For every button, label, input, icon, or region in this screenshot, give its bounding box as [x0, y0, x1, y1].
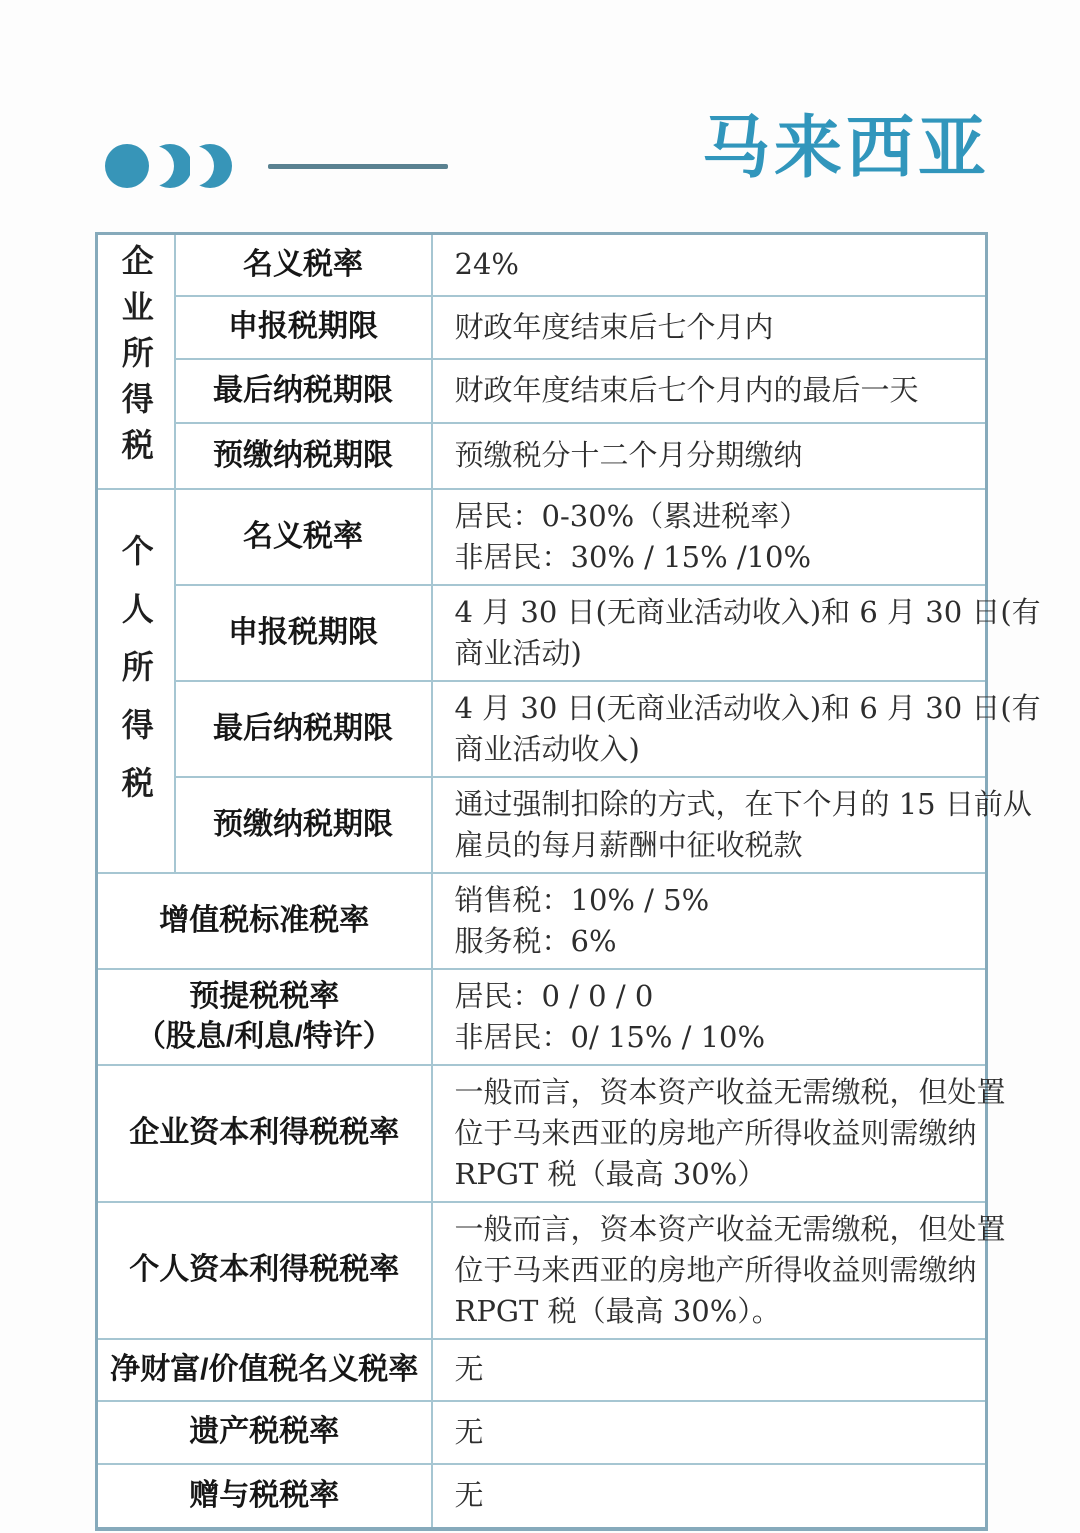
table-row: 个人所得税 名义税率 居民：0-30%（累进税率） 非居民：30% / 15% … — [97, 489, 987, 585]
label-cell: 赠与税税率 — [97, 1464, 432, 1529]
value-cell: 销售税：10% / 5% 服务税：6% — [432, 873, 987, 969]
label-cell: 预提税税率 （股息/利息/特许） — [97, 969, 432, 1065]
table-row: 净财富/价值税名义税率 无 — [97, 1339, 987, 1401]
category-cell: 企业所得税 — [97, 234, 175, 489]
table-row: 预提税税率 （股息/利息/特许） 居民：0 / 0 / 0 非居民：0/ 15%… — [97, 969, 987, 1065]
label-cell: 最后纳税期限 — [175, 359, 432, 423]
value-cell: 财政年度结束后七个月内 — [432, 296, 987, 359]
table-row: 遗产税税率 无 — [97, 1401, 987, 1464]
label-cell: 名义税率 — [175, 489, 432, 585]
label-cell: 遗产税税率 — [97, 1401, 432, 1464]
value-cell: 4 月 30 日(无商业活动收入)和 6 月 30 日(有 商业活动) — [432, 585, 987, 681]
value-cell: 4 月 30 日(无商业活动收入)和 6 月 30 日(有 商业活动收入) — [432, 681, 987, 777]
value-cell: 通过强制扣除的方式，在下个月的 15 日前从 雇员的每月薪酬中征收税款 — [432, 777, 987, 873]
value-cell: 一般而言，资本资产收益无需缴税，但处置 位于马来西亚的房地产所得收益则需缴纳 R… — [432, 1065, 987, 1202]
dot-icon — [104, 142, 150, 190]
table-row: 预缴纳税期限 通过强制扣除的方式，在下个月的 15 日前从 雇员的每月薪酬中征收… — [97, 777, 987, 873]
table-row: 增值税标准税率 销售税：10% / 5% 服务税：6% — [97, 873, 987, 969]
value-cell: 预缴税分十二个月分期缴纳 — [432, 423, 987, 489]
value-cell: 一般而言，资本资产收益无需缴税，但处置 位于马来西亚的房地产所得收益则需缴纳 R… — [432, 1202, 987, 1339]
table-row: 个人资本利得税税率 一般而言，资本资产收益无需缴税，但处置 位于马来西亚的房地产… — [97, 1202, 987, 1339]
table-row: 企业资本利得税税率 一般而言，资本资产收益无需缴税，但处置 位于马来西亚的房地产… — [97, 1065, 987, 1202]
value-cell: 24% — [432, 234, 987, 296]
label-cell: 最后纳税期限 — [175, 681, 432, 777]
crescent-icon — [150, 142, 194, 190]
value-cell: 无 — [432, 1401, 987, 1464]
label-cell: 申报税期限 — [175, 585, 432, 681]
category-label: 企业所得税 — [113, 244, 159, 474]
table-row: 最后纳税期限 4 月 30 日(无商业活动收入)和 6 月 30 日(有 商业活… — [97, 681, 987, 777]
label-cell: 增值税标准税率 — [97, 873, 432, 969]
table-row: 申报税期限 财政年度结束后七个月内 — [97, 296, 987, 359]
value-cell: 财政年度结束后七个月内的最后一天 — [432, 359, 987, 423]
category-label: 个人所得税 — [113, 534, 159, 824]
category-cell: 个人所得税 — [97, 489, 175, 873]
table-row: 赠与税税率 无 — [97, 1464, 987, 1529]
label-cell: 预缴纳税期限 — [175, 777, 432, 873]
page: 马来西亚 企业所得税 名义税率 24% 申报税期限 财政年度结束后七个月内 最后… — [0, 0, 1080, 1533]
header-line — [268, 164, 448, 169]
value-cell: 无 — [432, 1464, 987, 1529]
label-cell: 企业资本利得税税率 — [97, 1065, 432, 1202]
table-row: 企业所得税 名义税率 24% — [97, 234, 987, 296]
crescent-icon — [190, 142, 234, 190]
table-row: 最后纳税期限 财政年度结束后七个月内的最后一天 — [97, 359, 987, 423]
table-row: 申报税期限 4 月 30 日(无商业活动收入)和 6 月 30 日(有 商业活动… — [97, 585, 987, 681]
label-cell: 个人资本利得税税率 — [97, 1202, 432, 1339]
label-cell: 名义税率 — [175, 234, 432, 296]
label-cell: 申报税期限 — [175, 296, 432, 359]
value-cell: 居民：0 / 0 / 0 非居民：0/ 15% / 10% — [432, 969, 987, 1065]
table-row: 预缴纳税期限 预缴税分十二个月分期缴纳 — [97, 423, 987, 489]
value-cell: 无 — [432, 1339, 987, 1401]
label-cell: 预缴纳税期限 — [175, 423, 432, 489]
tax-table: 企业所得税 名义税率 24% 申报税期限 财政年度结束后七个月内 最后纳税期限 … — [95, 232, 988, 1531]
label-cell: 净财富/价值税名义税率 — [97, 1339, 432, 1401]
page-title: 马来西亚 — [702, 104, 990, 192]
value-cell: 居民：0-30%（累进税率） 非居民：30% / 15% /10% — [432, 489, 987, 585]
